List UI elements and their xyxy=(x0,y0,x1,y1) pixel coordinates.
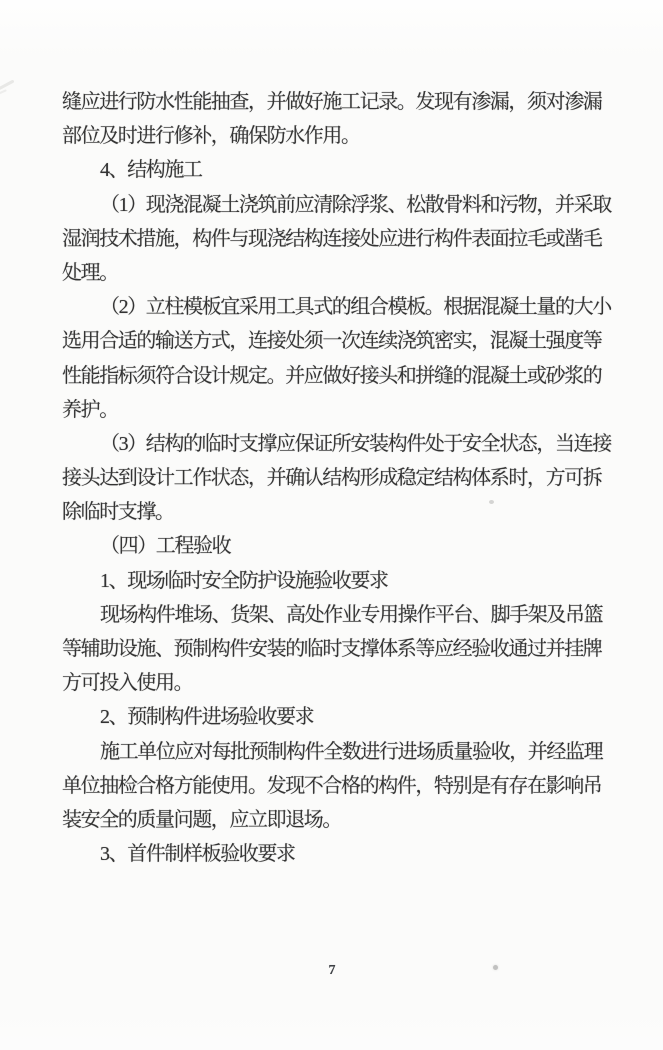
scan-speck-icon xyxy=(489,500,494,504)
text-line: 现场构件堆场、货架、高处作业专用操作平台、脚手架及吊篮 xyxy=(62,598,610,632)
section-heading: 4、结构施工 xyxy=(62,153,610,187)
document-text-body: 缝应进行防水性能抽查，并做好施工记录。发现有渗漏，须对渗漏 部位及时进行修补，确… xyxy=(62,85,610,871)
text-line: 部位及时进行修补，确保防水作用。 xyxy=(62,119,610,153)
text-line: 养护。 xyxy=(62,393,610,427)
section-heading: 2、预制构件进场验收要求 xyxy=(62,700,610,734)
page-footer: 7 xyxy=(62,961,602,979)
section-heading: 3、首件制样板验收要求 xyxy=(62,837,610,871)
text-line: （3）结构的临时支撑应保证所安装构件处于安全状态，当连接 xyxy=(62,427,610,461)
text-line: 施工单位应对每批预制构件全数进行进场质量验收，并经监理 xyxy=(62,735,610,769)
text-line: （1）现浇混凝土浇筑前应清除浮浆、松散骨料和污物，并采取 xyxy=(62,188,610,222)
text-line: 除临时支撑。 xyxy=(62,495,610,529)
text-line: 性能指标须符合设计规定。并应做好接头和拼缝的混凝土或砂浆的 xyxy=(62,359,610,393)
text-line: 等辅助设施、预制构件安装的临时支撑体系等应经验收通过并挂牌 xyxy=(62,632,610,666)
text-line: 装安全的质量问题，应立即退场。 xyxy=(62,803,610,837)
section-heading: 1、现场临时安全防护设施验收要求 xyxy=(62,564,610,598)
text-line: 湿润技术措施，构件与现浇结构连接处应进行构件表面拉毛或凿毛 xyxy=(62,222,610,256)
section-heading: （四）工程验收 xyxy=(62,529,610,563)
scan-speck-icon xyxy=(493,965,498,970)
text-line: 接头达到设计工作状态，并确认结构形成稳定结构体系时，方可拆 xyxy=(62,461,610,495)
text-line: （2）立柱模板宜采用工具式的组合模板。根据混凝土量的大小 xyxy=(62,290,610,324)
text-line: 选用合适的输送方式，连接处须一次连续浇筑密实，混凝土强度等 xyxy=(62,324,610,358)
page-number: 7 xyxy=(329,963,336,978)
text-line: 缝应进行防水性能抽查，并做好施工记录。发现有渗漏，须对渗漏 xyxy=(62,85,610,119)
text-line: 方可投入使用。 xyxy=(62,666,610,700)
document-page: 缝应进行防水性能抽查，并做好施工记录。发现有渗漏，须对渗漏 部位及时进行修补，确… xyxy=(0,0,663,1050)
scan-smudge-icon xyxy=(0,89,7,97)
text-line: 处理。 xyxy=(62,256,610,290)
text-line: 单位抽检合格方能使用。发现不合格的构件，特别是有存在影响吊 xyxy=(62,769,610,803)
